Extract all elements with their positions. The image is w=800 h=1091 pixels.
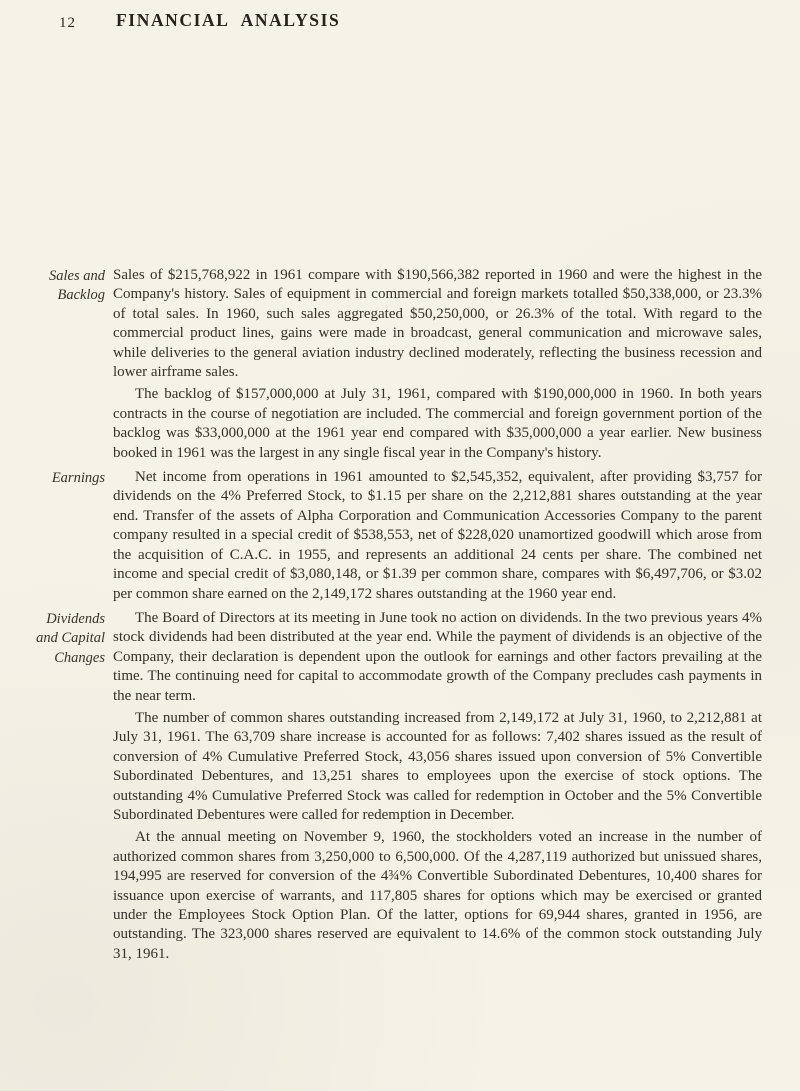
page-title: FINANCIAL ANALYSIS <box>116 10 340 31</box>
section-earnings: Earnings Net income from operations in 1… <box>0 468 762 604</box>
margin-label-line: Dividends <box>0 610 105 629</box>
paragraph-board-dividends: The Board of Directors at its meeting in… <box>113 609 762 706</box>
section-sales-and-backlog: Sales and Backlog Sales of $215,768,922 … <box>0 266 762 463</box>
document-page: 12 FINANCIAL ANALYSIS Sales and Backlog … <box>0 0 800 1091</box>
section-dividends-and-capital-changes: Dividends and Capital Changes The Board … <box>0 609 762 964</box>
paragraph-annual-meeting: At the annual meeting on November 9, 196… <box>113 828 762 964</box>
margin-label-line: Backlog <box>0 286 105 305</box>
page-content: Sales and Backlog Sales of $215,768,922 … <box>0 266 762 964</box>
margin-label-line: Changes <box>0 649 105 668</box>
paragraph-backlog: The backlog of $157,000,000 at July 31, … <box>113 385 762 463</box>
margin-label-line: Earnings <box>0 469 105 488</box>
paragraph-sales: Sales of $215,768,922 in 1961 compare wi… <box>113 266 762 382</box>
section-body: Sales of $215,768,922 in 1961 compare wi… <box>113 266 762 463</box>
margin-label-line: and Capital <box>0 629 105 648</box>
section-body: The Board of Directors at its meeting in… <box>113 609 762 964</box>
paragraph-net-income: Net income from operations in 1961 amoun… <box>113 468 762 604</box>
margin-label-dividends: Dividends and Capital Changes <box>0 609 105 964</box>
page-number: 12 <box>59 15 76 32</box>
page-header: 12 FINANCIAL ANALYSIS <box>0 10 800 44</box>
paragraph-common-shares: The number of common shares outstanding … <box>113 709 762 825</box>
section-body: Net income from operations in 1961 amoun… <box>113 468 762 604</box>
margin-label-sales-and-backlog: Sales and Backlog <box>0 266 105 463</box>
margin-label-earnings: Earnings <box>0 468 105 604</box>
margin-label-line: Sales and <box>0 267 105 286</box>
